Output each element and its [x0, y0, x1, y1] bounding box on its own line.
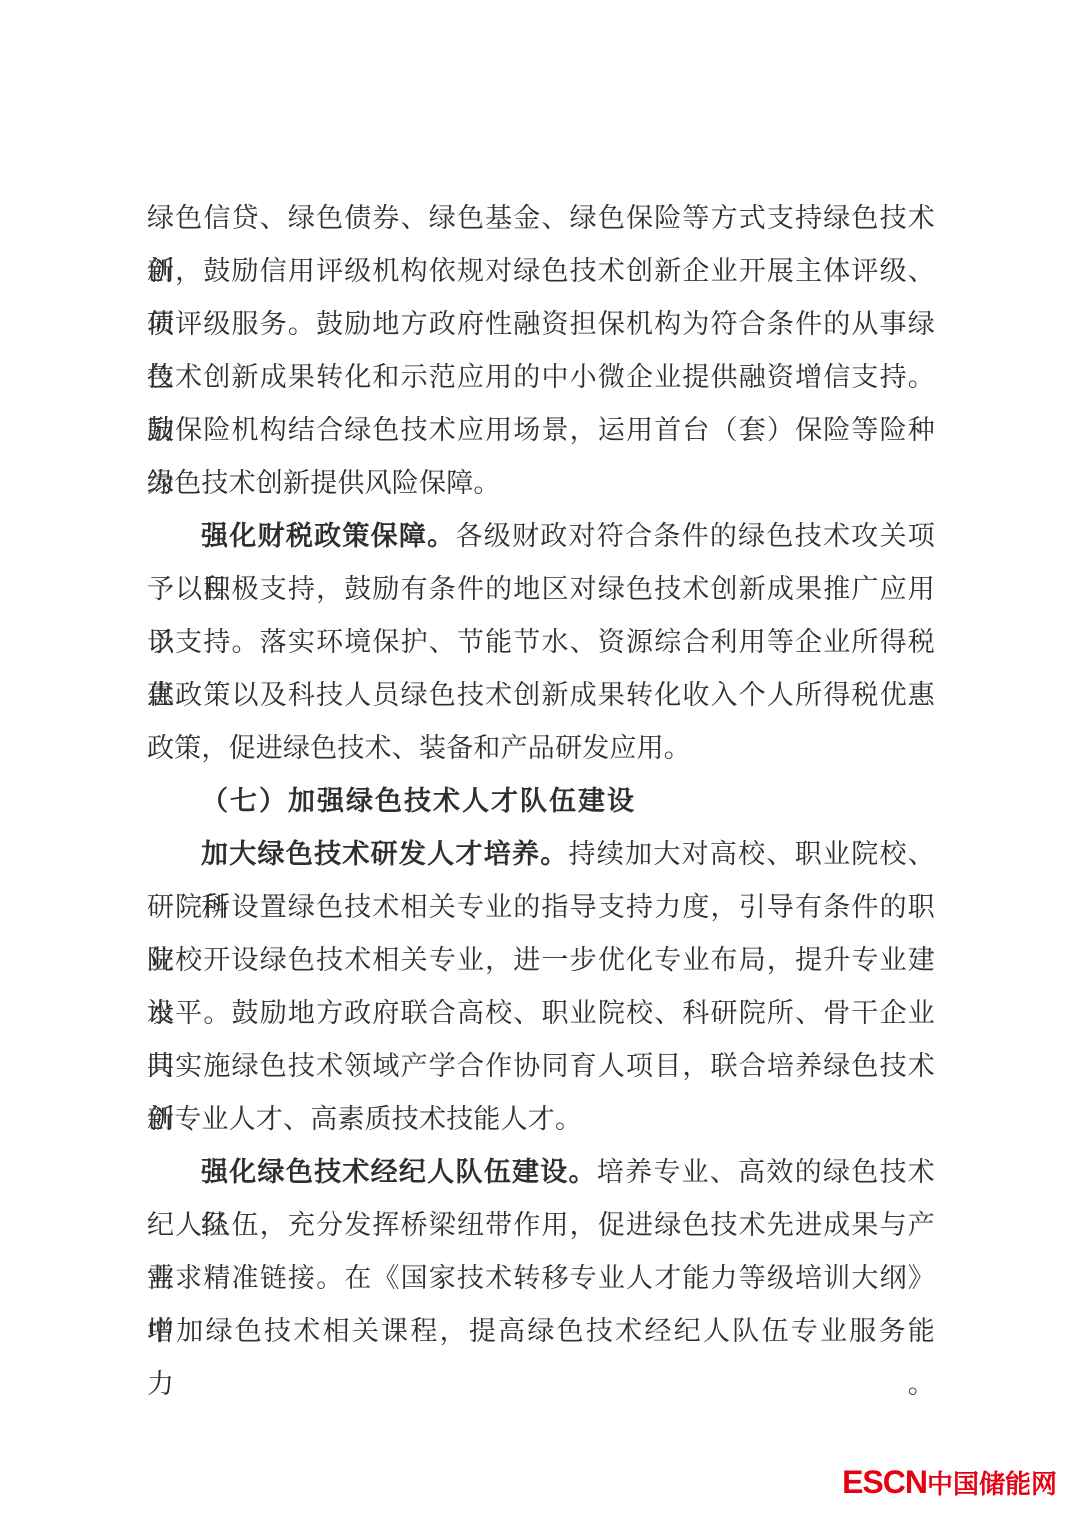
text-line: 励保险机构结合绿色技术应用场景，运用首台（套）保险等险种为 [147, 404, 935, 457]
line-text: 新专业人才、高素质技术技能人才。 [147, 1104, 582, 1134]
line-text: 绿色技术创新提供风险保障。 [147, 468, 501, 498]
line-text: 政策，促进绿色技术、装备和产品研发应用。 [147, 733, 691, 763]
document-body: 绿色信贷、绿色债券、绿色基金、绿色保险等方式支持绿色技术创新，鼓励信用评级机构依… [147, 192, 935, 1358]
text-line: 增加绿色技术相关课程，提高绿色技术经纪人队伍专业服务能力。 [147, 1305, 935, 1358]
bold-lead: 加大绿色技术研发人才培养。 [201, 839, 569, 869]
section-heading: （七）加强绿色技术人才队伍建设 [147, 775, 935, 828]
bold-lead: 强化绿色技术经纪人队伍建设。 [201, 1157, 597, 1187]
text-line: 绿色信贷、绿色债券、绿色基金、绿色保险等方式支持绿色技术创 [147, 192, 935, 245]
text-line: 同实施绿色技术领域产学合作协同育人项目，联合培养绿色技术创 [147, 1040, 935, 1093]
text-line: 院校开设绿色技术相关专业，进一步优化专业布局，提升专业建设 [147, 934, 935, 987]
text-line: 新，鼓励信用评级机构依规对绿色技术创新企业开展主体评级、债 [147, 245, 935, 298]
text-line: 强化财税政策保障。各级财政对符合条件的绿色技术攻关项目 [147, 510, 935, 563]
text-line: 水平。鼓励地方政府联合高校、职业院校、科研院所、骨干企业共 [147, 987, 935, 1040]
bold-lead: 强化财税政策保障。 [201, 521, 455, 551]
text-line: 纪人队伍，充分发挥桥梁纽带作用，促进绿色技术先进成果与产业 [147, 1199, 935, 1252]
escn-logo-latin: ESCN [842, 1464, 927, 1500]
document-page: 绿色信贷、绿色债券、绿色基金、绿色保险等方式支持绿色技术创新，鼓励信用评级机构依… [0, 0, 1080, 1526]
text-line: 项评级服务。鼓励地方政府性融资担保机构为符合条件的从事绿色 [147, 298, 935, 351]
text-line: 研院所设置绿色技术相关专业的指导支持力度，引导有条件的职业 [147, 881, 935, 934]
line-text: 惠政策以及科技人员绿色技术创新成果转化收入个人所得税优惠 [147, 680, 935, 710]
text-line: 政策，促进绿色技术、装备和产品研发应用。 [147, 722, 935, 775]
escn-logo-chinese: 中国储能网 [927, 1469, 1057, 1499]
text-line: 新专业人才、高素质技术技能人才。 [147, 1093, 935, 1146]
text-line: 惠政策以及科技人员绿色技术创新成果转化收入个人所得税优惠 [147, 669, 935, 722]
escn-logo: ESCN中国储能网 [842, 1466, 1057, 1498]
text-line: 以支持。落实环境保护、节能节水、资源综合利用等企业所得税优 [147, 616, 935, 669]
line-text: 增加绿色技术相关课程，提高绿色技术经纪人队伍专业服务能力。 [147, 1316, 935, 1399]
text-line: 加大绿色技术研发人才培养。持续加大对高校、职业院校、科 [147, 828, 935, 881]
text-line: 强化绿色技术经纪人队伍建设。培养专业、高效的绿色技术经 [147, 1146, 935, 1199]
text-line: 绿色技术创新提供风险保障。 [147, 457, 935, 510]
line-text: （七）加强绿色技术人才队伍建设 [201, 786, 636, 816]
text-line: 予以积极支持，鼓励有条件的地区对绿色技术创新成果推广应用予 [147, 563, 935, 616]
text-line: 需求精准链接。在《国家技术转移专业人才能力等级培训大纲》中 [147, 1252, 935, 1305]
text-line: 技术创新成果转化和示范应用的中小微企业提供融资增信支持。鼓 [147, 351, 935, 404]
